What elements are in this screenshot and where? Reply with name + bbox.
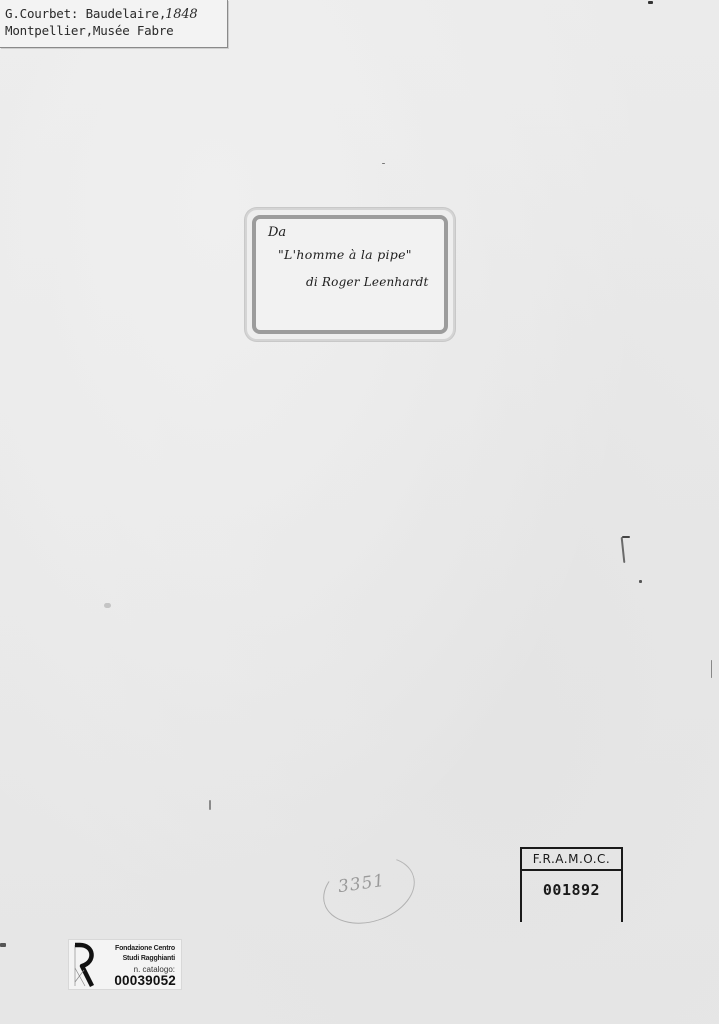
stray-pen-mark <box>622 536 630 538</box>
typed-caption-label: G.Courbet: Baudelaire,1848 Montpellier,M… <box>0 0 228 48</box>
note-director: di Roger Leenhardt <box>306 275 429 289</box>
catalog-org-line-2: Studi Ragghianti <box>123 955 175 962</box>
speck-mark <box>711 660 712 678</box>
catalog-org-line-1: Fondazione Centro <box>115 945 175 952</box>
archive-photo-verso: G.Courbet: Baudelaire,1848 Montpellier,M… <box>0 0 719 1024</box>
speck-mark <box>639 580 642 583</box>
stamp-number: 001892 <box>522 881 621 899</box>
framoc-stamp: F.R.A.M.O.C. 001892 <box>520 847 623 922</box>
speck-mark <box>648 1 653 4</box>
speck-mark <box>209 800 211 810</box>
stray-pen-mark <box>621 537 626 563</box>
caption-year: 1848 <box>165 7 197 22</box>
note-film-title: "L'homme à la pipe" <box>278 247 412 262</box>
caption-line-1: G.Courbet: Baudelaire,1848 <box>5 6 227 23</box>
catalog-number: 00039052 <box>114 973 176 988</box>
handwritten-note-card: Da "L'homme à la pipe" di Roger Leenhard… <box>245 208 455 341</box>
note-line-1: Da <box>268 225 286 240</box>
caption-location: Montpellier,Musée Fabre <box>5 23 227 39</box>
edge-mark <box>0 943 6 947</box>
note-card-frame: Da "L'homme à la pipe" di Roger Leenhard… <box>252 215 448 334</box>
stamp-header: F.R.A.M.O.C. <box>522 849 621 871</box>
caption-artwork: G.Courbet: Baudelaire, <box>5 6 166 21</box>
speck-mark <box>104 603 111 608</box>
catalog-label: Fondazione Centro Studi Ragghianti n. ca… <box>68 939 182 990</box>
speck-mark <box>382 163 385 164</box>
fondazione-logo-icon <box>72 942 98 988</box>
